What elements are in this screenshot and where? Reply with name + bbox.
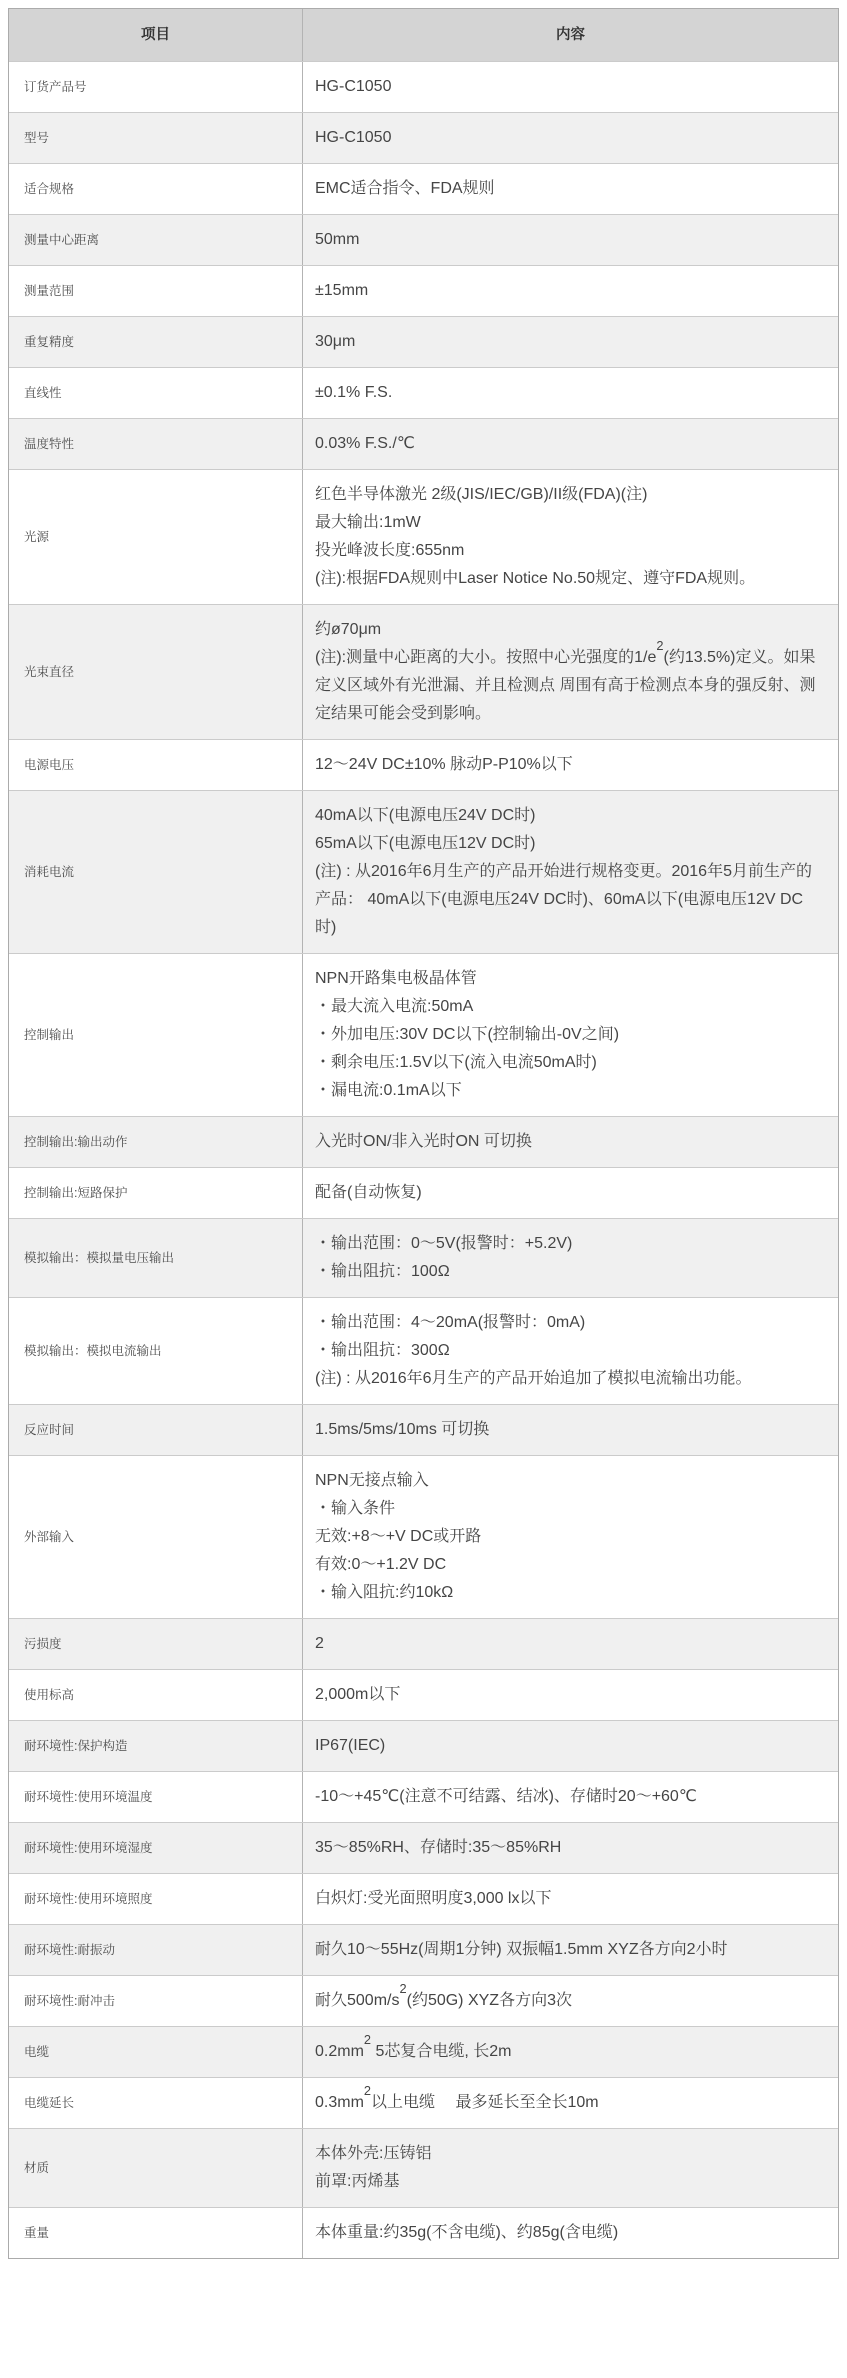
- table-row: 耐环境性:耐振动耐久10～55Hz(周期1分钟) 双振幅1.5mm XYZ各方向…: [9, 1924, 838, 1975]
- row-label: 消耗电流: [9, 791, 303, 953]
- value-line: (注) : 从2016年6月生产的产品开始进行规格变更。2016年5月前生产的产…: [315, 858, 824, 942]
- value-line: 35～85%RH、存储时:35～85%RH: [315, 1834, 824, 1862]
- value-line: 40mA以下(电源电压24V DC时): [315, 802, 824, 830]
- row-value: ±0.1% F.S.: [303, 368, 838, 418]
- value-line: ・外加电压:30V DC以下(控制输出-0V之间): [315, 1021, 824, 1049]
- row-value: 白炽灯:受光面照明度3,000 lx以下: [303, 1874, 838, 1924]
- row-value: ・输出范围：0～5V(报警时：+5.2V)・输出阻抗：100Ω: [303, 1219, 838, 1297]
- value-line: 配备(自动恢复): [315, 1179, 824, 1207]
- row-value: 0.3mm2以上电缆 最多延长至全长10m: [303, 2078, 838, 2128]
- value-line: NPN开路集电极晶体管: [315, 965, 824, 993]
- row-label: 电缆延长: [9, 2078, 303, 2128]
- table-row: 光束直径约ø70μm(注):测量中心距离的大小。按照中心光强度的1/e2(约13…: [9, 604, 838, 739]
- row-label: 适合规格: [9, 164, 303, 214]
- row-label: 订货产品号: [9, 62, 303, 112]
- value-line: 0.2mm2 5芯复合电缆, 长2m: [315, 2038, 824, 2066]
- value-line: ・输出范围：4～20mA(报警时：0mA): [315, 1309, 824, 1337]
- value-line: 白炽灯:受光面照明度3,000 lx以下: [315, 1885, 824, 1913]
- row-value: NPN开路集电极晶体管・最大流入电流:50mA・外加电压:30V DC以下(控制…: [303, 954, 838, 1116]
- row-value: 本体外壳:压铸铝前罩:丙烯基: [303, 2129, 838, 2207]
- value-line: (注):测量中心距离的大小。按照中心光强度的1/e2(约13.5%)定义。如果定…: [315, 644, 824, 728]
- row-label: 控制输出: [9, 954, 303, 1116]
- row-value: 配备(自动恢复): [303, 1168, 838, 1218]
- row-value: HG-C1050: [303, 113, 838, 163]
- table-row: 耐环境性:使用环境温度-10～+45℃(注意不可结露、结冰)、存储时20～+60…: [9, 1771, 838, 1822]
- table-row: 订货产品号HG-C1050: [9, 61, 838, 112]
- value-line: 前罩:丙烯基: [315, 2168, 824, 2196]
- row-label: 耐环境性:耐振动: [9, 1925, 303, 1975]
- table-row: 电缆延长0.3mm2以上电缆 最多延长至全长10m: [9, 2077, 838, 2128]
- table-row: 电源电压12～24V DC±10% 脉动P-P10%以下: [9, 739, 838, 790]
- row-value: -10～+45℃(注意不可结露、结冰)、存储时20～+60℃: [303, 1772, 838, 1822]
- value-line: ・输入阻抗:约10kΩ: [315, 1579, 824, 1607]
- value-line: 12～24V DC±10% 脉动P-P10%以下: [315, 751, 824, 779]
- table-row: 重量本体重量:约35g(不含电缆)、约85g(含电缆): [9, 2207, 838, 2258]
- table-row: 材质本体外壳:压铸铝前罩:丙烯基: [9, 2128, 838, 2207]
- row-label: 耐环境性:使用环境照度: [9, 1874, 303, 1924]
- table-row: 控制输出:输出动作入光时ON/非入光时ON 可切换: [9, 1116, 838, 1167]
- superscript-2: 2: [364, 2032, 371, 2047]
- row-value: 耐久500m/s2(约50G) XYZ各方向3次: [303, 1976, 838, 2026]
- row-value: 2: [303, 1619, 838, 1669]
- value-line: ・输出范围：0～5V(报警时：+5.2V): [315, 1230, 824, 1258]
- value-line: 约ø70μm: [315, 616, 824, 644]
- value-line: 耐久10～55Hz(周期1分钟) 双振幅1.5mm XYZ各方向2小时: [315, 1936, 824, 1964]
- row-label: 光源: [9, 470, 303, 604]
- row-label: 模拟输出：模拟量电压输出: [9, 1219, 303, 1297]
- value-line: 投光峰波长度:655nm: [315, 537, 824, 565]
- row-value: 1.5ms/5ms/10ms 可切换: [303, 1405, 838, 1455]
- value-line: ・输出阻抗：300Ω: [315, 1337, 824, 1365]
- row-value: IP67(IEC): [303, 1721, 838, 1771]
- row-value: 40mA以下(电源电压24V DC时)65mA以下(电源电压12V DC时)(注…: [303, 791, 838, 953]
- value-line: 2: [315, 1630, 824, 1658]
- row-value: 35～85%RH、存储时:35～85%RH: [303, 1823, 838, 1873]
- value-line: ±0.1% F.S.: [315, 379, 824, 407]
- table-row: 使用标高2,000m以下: [9, 1669, 838, 1720]
- row-label: 控制输出:短路保护: [9, 1168, 303, 1218]
- row-label: 直线性: [9, 368, 303, 418]
- table-row: 耐环境性:保护构造IP67(IEC): [9, 1720, 838, 1771]
- value-line: 0.03% F.S./℃: [315, 430, 824, 458]
- table-row: 测量中心距离50mm: [9, 214, 838, 265]
- row-value: ±15mm: [303, 266, 838, 316]
- table-row: 控制输出NPN开路集电极晶体管・最大流入电流:50mA・外加电压:30V DC以…: [9, 953, 838, 1116]
- value-line: 有效:0～+1.2V DC: [315, 1551, 824, 1579]
- table-row: 耐环境性:耐冲击耐久500m/s2(约50G) XYZ各方向3次: [9, 1975, 838, 2026]
- row-label: 型号: [9, 113, 303, 163]
- value-line: 最大输出:1mW: [315, 509, 824, 537]
- value-line: (注) : 从2016年6月生产的产品开始追加了模拟电流输出功能。: [315, 1365, 824, 1393]
- value-line: NPN无接点输入: [315, 1467, 824, 1495]
- row-label: 反应时间: [9, 1405, 303, 1455]
- value-line: 本体重量:约35g(不含电缆)、约85g(含电缆): [315, 2219, 824, 2247]
- value-line: EMC适合指令、FDA规则: [315, 175, 824, 203]
- row-label: 电缆: [9, 2027, 303, 2077]
- table-body: 订货产品号HG-C1050型号HG-C1050适合规格EMC适合指令、FDA规则…: [9, 61, 838, 2258]
- value-line: 1.5ms/5ms/10ms 可切换: [315, 1416, 824, 1444]
- row-label: 重量: [9, 2208, 303, 2258]
- row-value: 0.2mm2 5芯复合电缆, 长2m: [303, 2027, 838, 2077]
- row-label: 污损度: [9, 1619, 303, 1669]
- table-row: 适合规格EMC适合指令、FDA规则: [9, 163, 838, 214]
- row-label: 材质: [9, 2129, 303, 2207]
- row-label: 光束直径: [9, 605, 303, 739]
- value-line: ・漏电流:0.1mA以下: [315, 1077, 824, 1105]
- row-value: 本体重量:约35g(不含电缆)、约85g(含电缆): [303, 2208, 838, 2258]
- row-label: 耐环境性:使用环境湿度: [9, 1823, 303, 1873]
- superscript-2: 2: [364, 2083, 371, 2098]
- row-value: 入光时ON/非入光时ON 可切换: [303, 1117, 838, 1167]
- row-value: 0.03% F.S./℃: [303, 419, 838, 469]
- value-line: ・输出阻抗：100Ω: [315, 1258, 824, 1286]
- value-line: 2,000m以下: [315, 1681, 824, 1709]
- value-line: HG-C1050: [315, 73, 824, 101]
- value-line: 红色半导体激光 2级(JIS/IEC/GB)/II级(FDA)(注): [315, 481, 824, 509]
- row-value: NPN无接点输入・输入条件无效:+8～+V DC或开路有效:0～+1.2V DC…: [303, 1456, 838, 1618]
- row-label: 重复精度: [9, 317, 303, 367]
- value-line: 65mA以下(电源电压12V DC时): [315, 830, 824, 858]
- row-label: 控制输出:输出动作: [9, 1117, 303, 1167]
- table-row: 测量范围±15mm: [9, 265, 838, 316]
- row-label: 外部输入: [9, 1456, 303, 1618]
- table-row: 外部输入NPN无接点输入・输入条件无效:+8～+V DC或开路有效:0～+1.2…: [9, 1455, 838, 1618]
- value-line: ・输入条件: [315, 1495, 824, 1523]
- row-value: 30μm: [303, 317, 838, 367]
- row-value: 50mm: [303, 215, 838, 265]
- value-line: 耐久500m/s2(约50G) XYZ各方向3次: [315, 1987, 824, 2015]
- value-line: 30μm: [315, 328, 824, 356]
- row-value: HG-C1050: [303, 62, 838, 112]
- table-row: 重复精度30μm: [9, 316, 838, 367]
- superscript-2: 2: [399, 1981, 406, 1996]
- row-label: 模拟输出：模拟电流输出: [9, 1298, 303, 1404]
- table-row: 温度特性0.03% F.S./℃: [9, 418, 838, 469]
- table-row: 模拟输出：模拟电流输出・输出范围：4～20mA(报警时：0mA)・输出阻抗：30…: [9, 1297, 838, 1404]
- value-line: 50mm: [315, 226, 824, 254]
- value-line: (注):根据FDA规则中Laser Notice No.50规定、遵守FDA规则…: [315, 565, 824, 593]
- spec-table: 项目 内容 订货产品号HG-C1050型号HG-C1050适合规格EMC适合指令…: [8, 8, 839, 2259]
- table-row: 型号HG-C1050: [9, 112, 838, 163]
- row-label: 测量范围: [9, 266, 303, 316]
- value-line: IP67(IEC): [315, 1732, 824, 1760]
- row-value: EMC适合指令、FDA规则: [303, 164, 838, 214]
- table-header-row: 项目 内容: [9, 9, 838, 61]
- superscript-2: 2: [656, 638, 663, 653]
- table-row: 电缆0.2mm2 5芯复合电缆, 长2m: [9, 2026, 838, 2077]
- row-value: 12～24V DC±10% 脉动P-P10%以下: [303, 740, 838, 790]
- table-row: 消耗电流40mA以下(电源电压24V DC时)65mA以下(电源电压12V DC…: [9, 790, 838, 953]
- row-value: 2,000m以下: [303, 1670, 838, 1720]
- value-line: 0.3mm2以上电缆 最多延长至全长10m: [315, 2089, 824, 2117]
- row-value: 红色半导体激光 2级(JIS/IEC/GB)/II级(FDA)(注)最大输出:1…: [303, 470, 838, 604]
- column-header-content: 内容: [303, 9, 838, 61]
- value-line: -10～+45℃(注意不可结露、结冰)、存储时20～+60℃: [315, 1783, 824, 1811]
- row-label: 耐环境性:保护构造: [9, 1721, 303, 1771]
- value-line: 入光时ON/非入光时ON 可切换: [315, 1128, 824, 1156]
- table-row: 直线性±0.1% F.S.: [9, 367, 838, 418]
- table-row: 模拟输出：模拟量电压输出・输出范围：0～5V(报警时：+5.2V)・输出阻抗：1…: [9, 1218, 838, 1297]
- value-line: HG-C1050: [315, 124, 824, 152]
- table-row: 耐环境性:使用环境照度白炽灯:受光面照明度3,000 lx以下: [9, 1873, 838, 1924]
- table-row: 光源红色半导体激光 2级(JIS/IEC/GB)/II级(FDA)(注)最大输出…: [9, 469, 838, 604]
- row-value: 耐久10～55Hz(周期1分钟) 双振幅1.5mm XYZ各方向2小时: [303, 1925, 838, 1975]
- row-label: 温度特性: [9, 419, 303, 469]
- value-line: ±15mm: [315, 277, 824, 305]
- row-label: 测量中心距离: [9, 215, 303, 265]
- table-row: 反应时间1.5ms/5ms/10ms 可切换: [9, 1404, 838, 1455]
- table-row: 污损度2: [9, 1618, 838, 1669]
- table-row: 控制输出:短路保护配备(自动恢复): [9, 1167, 838, 1218]
- column-header-item: 项目: [9, 9, 303, 61]
- row-label: 耐环境性:使用环境温度: [9, 1772, 303, 1822]
- row-value: 约ø70μm(注):测量中心距离的大小。按照中心光强度的1/e2(约13.5%)…: [303, 605, 838, 739]
- value-line: ・最大流入电流:50mA: [315, 993, 824, 1021]
- table-row: 耐环境性:使用环境湿度35～85%RH、存储时:35～85%RH: [9, 1822, 838, 1873]
- row-label: 电源电压: [9, 740, 303, 790]
- row-label: 使用标高: [9, 1670, 303, 1720]
- value-line: ・剩余电压:1.5V以下(流入电流50mA时): [315, 1049, 824, 1077]
- row-value: ・输出范围：4～20mA(报警时：0mA)・输出阻抗：300Ω(注) : 从20…: [303, 1298, 838, 1404]
- value-line: 无效:+8～+V DC或开路: [315, 1523, 824, 1551]
- row-label: 耐环境性:耐冲击: [9, 1976, 303, 2026]
- value-line: 本体外壳:压铸铝: [315, 2140, 824, 2168]
